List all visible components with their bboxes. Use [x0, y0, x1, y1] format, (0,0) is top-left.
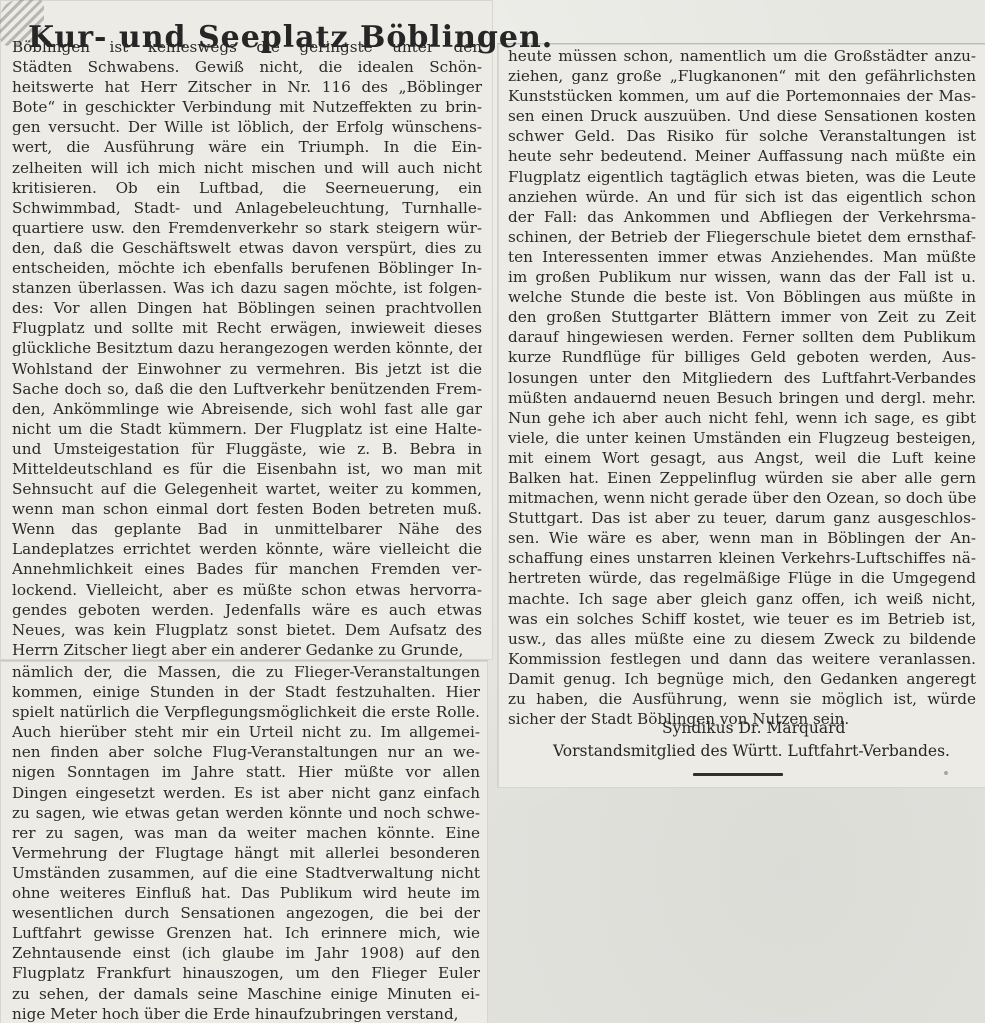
text-line: kritisieren. Ob ein Luftbad, die Seerneu… — [12, 178, 482, 198]
author-name: Syndikus Dr. Marquard — [662, 718, 845, 738]
text-line: gen versucht. Der Wille ist löblich, der… — [12, 117, 482, 137]
author-role: Vorstandsmitglied des Württ. Luftfahrt-V… — [553, 741, 950, 761]
end-rule-divider — [693, 773, 783, 776]
text-line: Sehnsucht auf die Gelegenheit wartet, we… — [12, 479, 482, 499]
text-line: Luftfahrt gewisse Grenzen hat. Ich erinn… — [12, 923, 480, 943]
text-line: Damit genug. Ich begnüge mich, den Gedan… — [508, 669, 976, 689]
text-line: rer zu sagen, was man da weiter machen k… — [12, 823, 480, 843]
text-line: Landeplatzes errichtet werden könnte, wä… — [12, 539, 482, 559]
text-line: schaffung eines unstarren kleinen Verkeh… — [508, 548, 976, 568]
text-line: Flugplatz und sollte mit Recht erwägen, … — [12, 318, 482, 338]
text-line: mitmachen, wenn nicht gerade über den Oz… — [508, 488, 976, 508]
text-line: heute müssen schon, namentlich um die Gr… — [508, 46, 976, 66]
text-line: sen einen Druck auszuüben. Und diese Sen… — [508, 106, 976, 126]
text-line: wert, die Ausführung wäre ein Triumph. I… — [12, 137, 482, 157]
text-line: Mitteldeutschland es für die Eisenbahn i… — [12, 459, 482, 479]
text-line: Annehmlichkeit eines Bades für manchen F… — [12, 559, 482, 579]
text-line: den großen Stuttgarter Blättern immer vo… — [508, 307, 976, 327]
right-column: heute müssen schon, namentlich um die Gr… — [508, 46, 976, 729]
text-line: machte. Ich sage aber gleich ganz offen,… — [508, 589, 976, 609]
left-column-top: Böblingen ist keineswegs die geringste u… — [12, 37, 482, 660]
text-line: spielt natürlich die Verpflegungsmöglich… — [12, 702, 480, 722]
text-line: quartiere usw. den Fremdenverkehr so sta… — [12, 218, 482, 238]
text-line: Umständen zusammen, auf die eine Stadtve… — [12, 863, 480, 883]
text-line: viele, die unter keinen Umständen ein Fl… — [508, 428, 976, 448]
text-line: nicht um die Stadt kümmern. Der Flugplat… — [12, 419, 482, 439]
text-line: ohne weiteres Einfluß hat. Das Publikum … — [12, 883, 480, 903]
text-line: der Fall: das Ankommen und Abfliegen der… — [508, 207, 976, 227]
text-line: Neues, was kein Flugplatz sonst bietet. … — [12, 620, 482, 640]
text-line: zu sehen, der damals seine Maschine eini… — [12, 984, 480, 1004]
text-line: glückliche Besitztum dazu herangezogen w… — [12, 338, 482, 358]
text-line: Städten Schwabens. Gewiß nicht, die idea… — [12, 57, 482, 77]
text-line: Balken hat. Einen Zeppelinflug würden si… — [508, 468, 976, 488]
text-line: Böblingen ist keineswegs die geringste u… — [12, 37, 482, 57]
text-line: heute sehr bedeutend. Meiner Auffassung … — [508, 146, 976, 166]
text-line: Wohlstand der Einwohner zu vermehren. Bi… — [12, 359, 482, 379]
paper-speck — [944, 771, 948, 775]
text-line: wesentlichen durch Sensationen angezogen… — [12, 903, 480, 923]
text-line: Bote“ in geschickter Verbindung mit Nutz… — [12, 97, 482, 117]
text-line: im großen Publikum nur wissen, wann das … — [508, 267, 976, 287]
text-line: was ein solches Schiff kostet, wie teuer… — [508, 609, 976, 629]
text-line: zelheiten will ich mich nicht mischen un… — [12, 158, 482, 178]
text-line: wenn man schon einmal dort festen Boden … — [12, 499, 482, 519]
text-line: Schwimmbad, Stadt- und Anlagebeleuchtung… — [12, 198, 482, 218]
text-line: nigen Sonntagen im Jahre statt. Hier müß… — [12, 762, 480, 782]
text-line: gendes geboten werden. Jedenfalls wäre e… — [12, 600, 482, 620]
text-line: nige Meter hoch über die Erde hinaufzubr… — [12, 1004, 480, 1023]
text-line: nämlich der, die Massen, die zu Flieger-… — [12, 662, 480, 682]
text-line: Auch hierüber steht mir ein Urteil nicht… — [12, 722, 480, 742]
text-line: des: Vor allen Dingen hat Böblingen sein… — [12, 298, 482, 318]
text-line: Flugplatz eigentlich tagtäglich etwas bi… — [508, 167, 976, 187]
text-line: heitswerte hat Herr Zitscher in Nr. 116 … — [12, 77, 482, 97]
text-line: nen finden aber solche Flug-Veranstaltun… — [12, 742, 480, 762]
text-line: müßten andauernd neuen Besuch bringen un… — [508, 388, 976, 408]
text-line: anziehen würde. An und für sich ist das … — [508, 187, 976, 207]
text-line: den, daß die Geschäftswelt etwas davon v… — [12, 238, 482, 258]
text-line: Kunststücken kommen, um auf die Portemon… — [508, 86, 976, 106]
text-line: kommen, einige Stunden in der Stadt fest… — [12, 682, 480, 702]
text-line: losungen unter den Mitgliedern des Luftf… — [508, 368, 976, 388]
text-line: Dingen eingesetzt werden. Es ist aber ni… — [12, 783, 480, 803]
text-line: kurze Rundflüge für billiges Geld gebote… — [508, 347, 976, 367]
left-column-bottom: nämlich der, die Massen, die zu Flieger-… — [12, 662, 480, 1023]
text-line: und Umsteigestation für Fluggäste, wie z… — [12, 439, 482, 459]
text-line: mit einem Wort gesagt, aus Angst, weil d… — [508, 448, 976, 468]
text-line: Wenn das geplante Bad in unmittelbarer N… — [12, 519, 482, 539]
text-line: schwer Geld. Das Risiko für solche Veran… — [508, 126, 976, 146]
text-line: hertreten würde, das regelmäßige Flüge i… — [508, 568, 976, 588]
text-line: sen. Wie wäre es aber, wenn man in Böbli… — [508, 528, 976, 548]
text-line: entscheiden, möchte ich ebenfalls berufe… — [12, 258, 482, 278]
text-line: stanzen überlassen. Was ich dazu sagen m… — [12, 278, 482, 298]
text-line: usw., das alles müßte eine zu diesem Zwe… — [508, 629, 976, 649]
text-line: lockend. Vielleicht, aber es müßte schon… — [12, 580, 482, 600]
text-line: darauf hingewiesen werden. Ferner sollte… — [508, 327, 976, 347]
text-line: ten Interessenten immer etwas Anziehende… — [508, 247, 976, 267]
text-line: Herrn Zitscher liegt aber ein anderer Ge… — [12, 640, 482, 660]
text-line: ziehen, ganz große „Flugkanonen“ mit den… — [508, 66, 976, 86]
text-line: Flugplatz Frankfurt hinauszogen, um den … — [12, 963, 480, 983]
text-line: welche Stunde die beste ist. Von Böbling… — [508, 287, 976, 307]
text-line: Stuttgart. Das ist aber zu teuer, darum … — [508, 508, 976, 528]
text-line: Kommission festlegen und dann das weiter… — [508, 649, 976, 669]
text-line: zu sagen, wie etwas getan werden könnte … — [12, 803, 480, 823]
text-line: zu haben, die Ausführung, wenn sie mögli… — [508, 689, 976, 709]
text-line: Sache doch so, daß die den Luftverkehr b… — [12, 379, 482, 399]
text-line: schinen, der Betrieb der Fliegerschule b… — [508, 227, 976, 247]
text-line: den, Ankömmlinge wie Abreisende, sich wo… — [12, 399, 482, 419]
text-line: Zehntausende einst (ich glaube im Jahr 1… — [12, 943, 480, 963]
text-line: Nun gehe ich aber auch nicht fehl, wenn … — [508, 408, 976, 428]
text-line: Vermehrung der Flugtage hängt mit allerl… — [12, 843, 480, 863]
